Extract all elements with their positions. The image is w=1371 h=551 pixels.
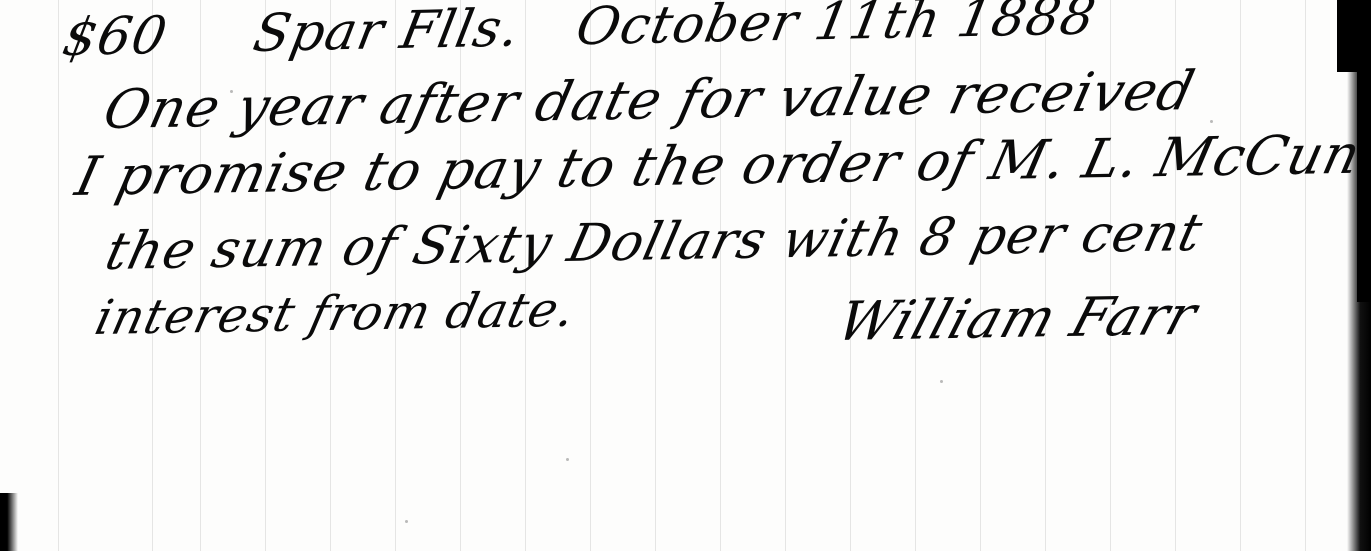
- ruling-line: [58, 0, 59, 551]
- promissory-note-page: $60 Spar Flls. October 11th 1888 One yea…: [0, 0, 1371, 551]
- paper-speck: [940, 380, 943, 383]
- note-date: October 11th 1888: [571, 0, 1101, 57]
- body-line-4: interest from date.: [90, 282, 581, 346]
- paper-speck: [1210, 120, 1213, 123]
- paper-speck: [566, 458, 569, 461]
- note-place: Spar Flls.: [249, 0, 525, 64]
- scan-edge-right-mid: [1357, 72, 1371, 302]
- ruling-line: [1305, 0, 1306, 551]
- ruling-line: [1240, 0, 1241, 551]
- body-line-3: the sum of Sixty Dollars with 8 per cent: [100, 203, 1208, 282]
- scan-edge-bottom-left: [0, 493, 18, 551]
- signature: William Farr: [830, 284, 1205, 353]
- header-line: $60 Spar Flls. October 11th 1888: [58, 0, 1101, 68]
- scan-edge-right-top: [1337, 0, 1371, 72]
- note-amount: $60: [58, 6, 172, 68]
- paper-speck: [405, 520, 408, 523]
